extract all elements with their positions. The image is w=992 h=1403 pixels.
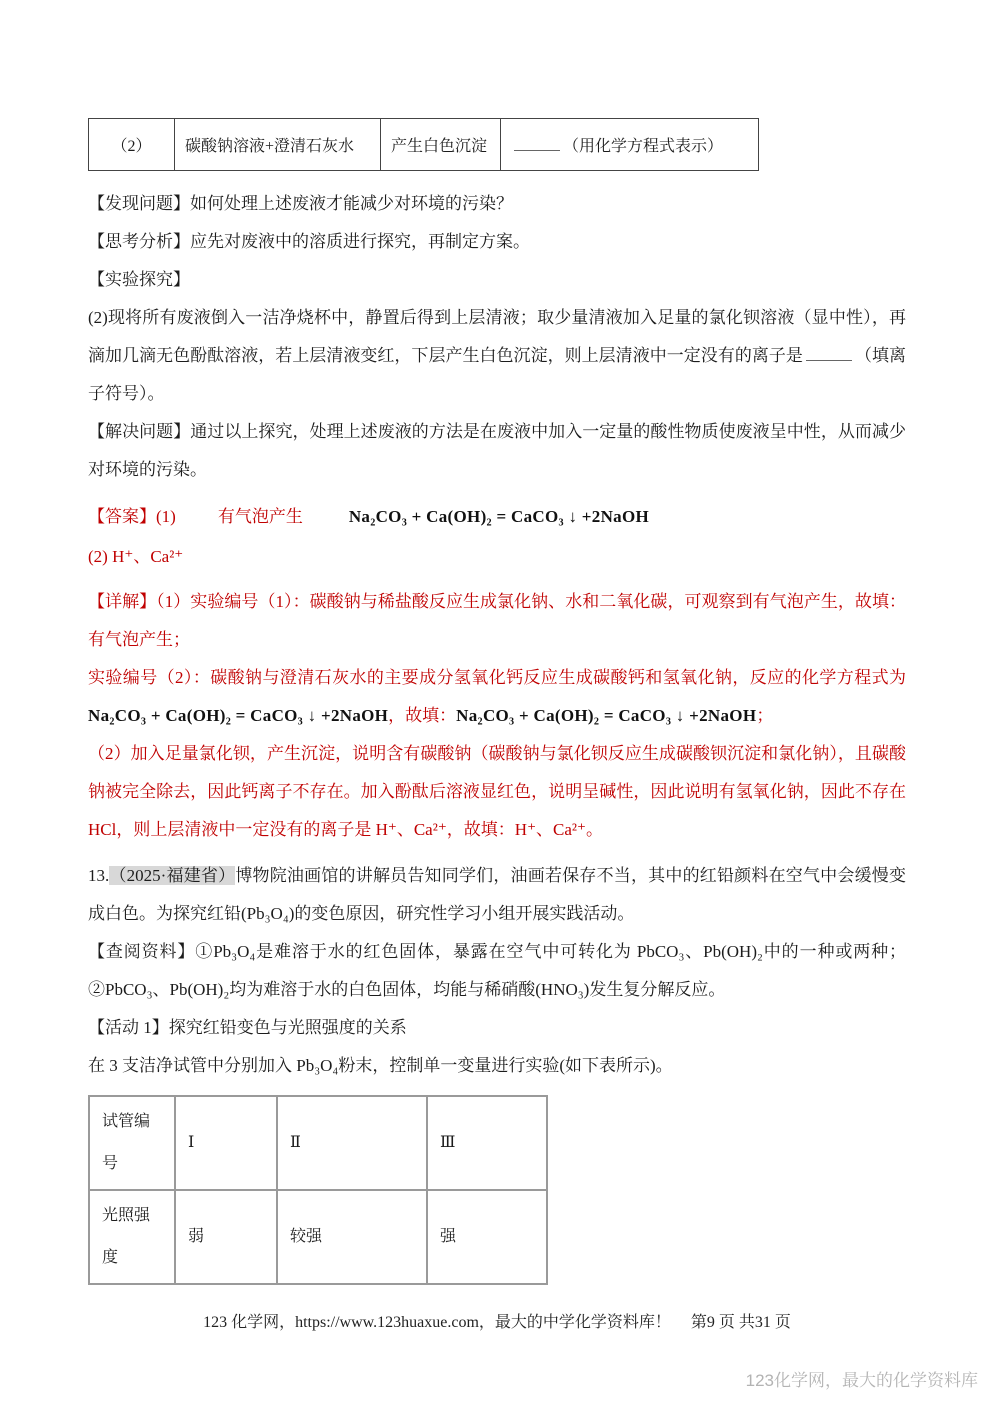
site-watermark: 123化学网，最大的化学资料库 bbox=[746, 1366, 978, 1391]
experiment-conclusion-cell: （用化学方程式表示） bbox=[501, 119, 759, 171]
paragraph-solve-problem: 【解决问题】通过以上探究，处理上述废液的方法是在废液中加入一定量的酸性物质使废液… bbox=[88, 413, 906, 489]
explanation-paragraph-2: 实验编号（2）：碳酸钠与澄清石灰水的主要成分氢氧化钙反应生成碳酸钙和氢氧化钠，反… bbox=[88, 659, 906, 735]
table-row-light-intensity: 光照强度 弱 较强 强 bbox=[89, 1190, 547, 1284]
question-13-activity-1: 【活动 1】探究红铅变色与光照强度的关系 bbox=[88, 1009, 906, 1047]
answer-label: 【答案】(1) bbox=[88, 507, 176, 526]
light-intensity-header: 光照强度 bbox=[89, 1190, 175, 1284]
explanation-paragraph-1: 【详解】（1）实验编号（1）：碳酸钠与稀盐酸反应生成氯化钠、水和二氧化碳，可观察… bbox=[88, 583, 906, 659]
question-13-setup: 在 3 支洁净试管中分别加入 Pb₃O₄粉末，控制单一变量进行实验(如下表所示)… bbox=[88, 1047, 906, 1085]
tube-number-header: 试管编号 bbox=[89, 1096, 175, 1190]
explanation-equation-2: Na₂CO₃ + Ca(OH)₂ = CaCO₃ ↓ +2NaOH bbox=[456, 706, 756, 725]
experiment-phenomenon-cell: 产生白色沉淀 bbox=[381, 119, 501, 171]
experiment-result-table: （2） 碳酸钠溶液+澄清石灰水 产生白色沉淀 （用化学方程式表示） bbox=[88, 118, 759, 171]
explanation-2-text: 实验编号（2）：碳酸钠与澄清石灰水的主要成分氢氧化钙反应生成碳酸钙和氢氧化钠，反… bbox=[88, 668, 906, 687]
paragraph-think-analyze: 【思考分析】应先对废液中的溶质进行探究，再制定方案。 bbox=[88, 223, 906, 261]
paragraph-discover-problem: 【发现问题】如何处理上述废液才能减少对环境的污染？ bbox=[88, 185, 906, 223]
answer-observation: 有气泡产生 bbox=[218, 507, 303, 526]
explanation-2-end: ； bbox=[756, 706, 773, 725]
tube-2-label: Ⅱ bbox=[277, 1096, 427, 1190]
explanation-paragraph-3: （2）加入足量氯化钡，产生沉淀，说明含有碳酸钠（碳酸钠与氯化钡反应生成碳酸钡沉淀… bbox=[88, 735, 906, 849]
paragraph-experiment-explore: 【实验探究】 bbox=[88, 261, 906, 299]
question-13-intro: 13.（2025·福建省）博物院油画馆的讲解员告知同学们，油画若保存不当，其中的… bbox=[88, 857, 906, 933]
table-row-tube-number: 试管编号 Ⅰ Ⅱ Ⅲ bbox=[89, 1096, 547, 1190]
page-footer: 123 化学网，https://www.123huaxue.com，最大的中学化… bbox=[88, 1309, 906, 1332]
light-stronger-cell: 较强 bbox=[277, 1190, 427, 1284]
table-row: （2） 碳酸钠溶液+澄清石灰水 产生白色沉淀 （用化学方程式表示） bbox=[89, 119, 759, 171]
answer-line-1: 【答案】(1)有气泡产生Na₂CO₃ + Ca(OH)₂ = CaCO₃ ↓ +… bbox=[88, 497, 906, 537]
equation-answer-blank bbox=[514, 137, 560, 151]
light-intensity-table: 试管编号 Ⅰ Ⅱ Ⅲ 光照强度 弱 较强 强 bbox=[88, 1095, 548, 1285]
question-13-reference: 【查阅资料】①Pb₃O₄是难溶于水的红色固体，暴露在空气中可转化为 PbCO₃、… bbox=[88, 933, 906, 1009]
light-weak-cell: 弱 bbox=[175, 1190, 277, 1284]
explanation-2-mid: ，故填： bbox=[388, 706, 456, 725]
question-source-badge: （2025·福建省） bbox=[109, 866, 235, 885]
question-13-section: 13.（2025·福建省）博物院油画馆的讲解员告知同学们，油画若保存不当，其中的… bbox=[88, 857, 906, 1085]
answer-equation: Na₂CO₃ + Ca(OH)₂ = CaCO₃ ↓ +2NaOH bbox=[349, 507, 649, 526]
explanation-section: 【详解】（1）实验编号（1）：碳酸钠与稀盐酸反应生成氯化钠、水和二氧化碳，可观察… bbox=[88, 583, 906, 849]
conclusion-hint-text: （用化学方程式表示） bbox=[563, 138, 723, 155]
light-strong-cell: 强 bbox=[427, 1190, 547, 1284]
experiment-operation-cell: 碳酸钠溶液+澄清石灰水 bbox=[175, 119, 381, 171]
paragraph-experiment-2: (2)现将所有废液倒入一洁净烧杯中，静置后得到上层清液；取少量清液加入足量的氯化… bbox=[88, 299, 906, 413]
experiment-2-text: (2)现将所有废液倒入一洁净烧杯中，静置后得到上层清液；取少量清液加入足量的氯化… bbox=[88, 308, 906, 365]
answer-section: 【答案】(1)有气泡产生Na₂CO₃ + Ca(OH)₂ = CaCO₃ ↓ +… bbox=[88, 497, 906, 577]
experiment-number-cell: （2） bbox=[89, 119, 175, 171]
question-number: 13. bbox=[88, 866, 109, 885]
ion-answer-blank bbox=[806, 347, 852, 361]
tube-1-label: Ⅰ bbox=[175, 1096, 277, 1190]
tube-3-label: Ⅲ bbox=[427, 1096, 547, 1190]
document-page: （2） 碳酸钠溶液+澄清石灰水 产生白色沉淀 （用化学方程式表示） 【发现问题】… bbox=[0, 0, 992, 1332]
explanation-equation-1: Na₂CO₃ + Ca(OH)₂ = CaCO₃ ↓ +2NaOH bbox=[88, 706, 388, 725]
answer-line-2: (2) H⁺、Ca²⁺ bbox=[88, 537, 906, 577]
